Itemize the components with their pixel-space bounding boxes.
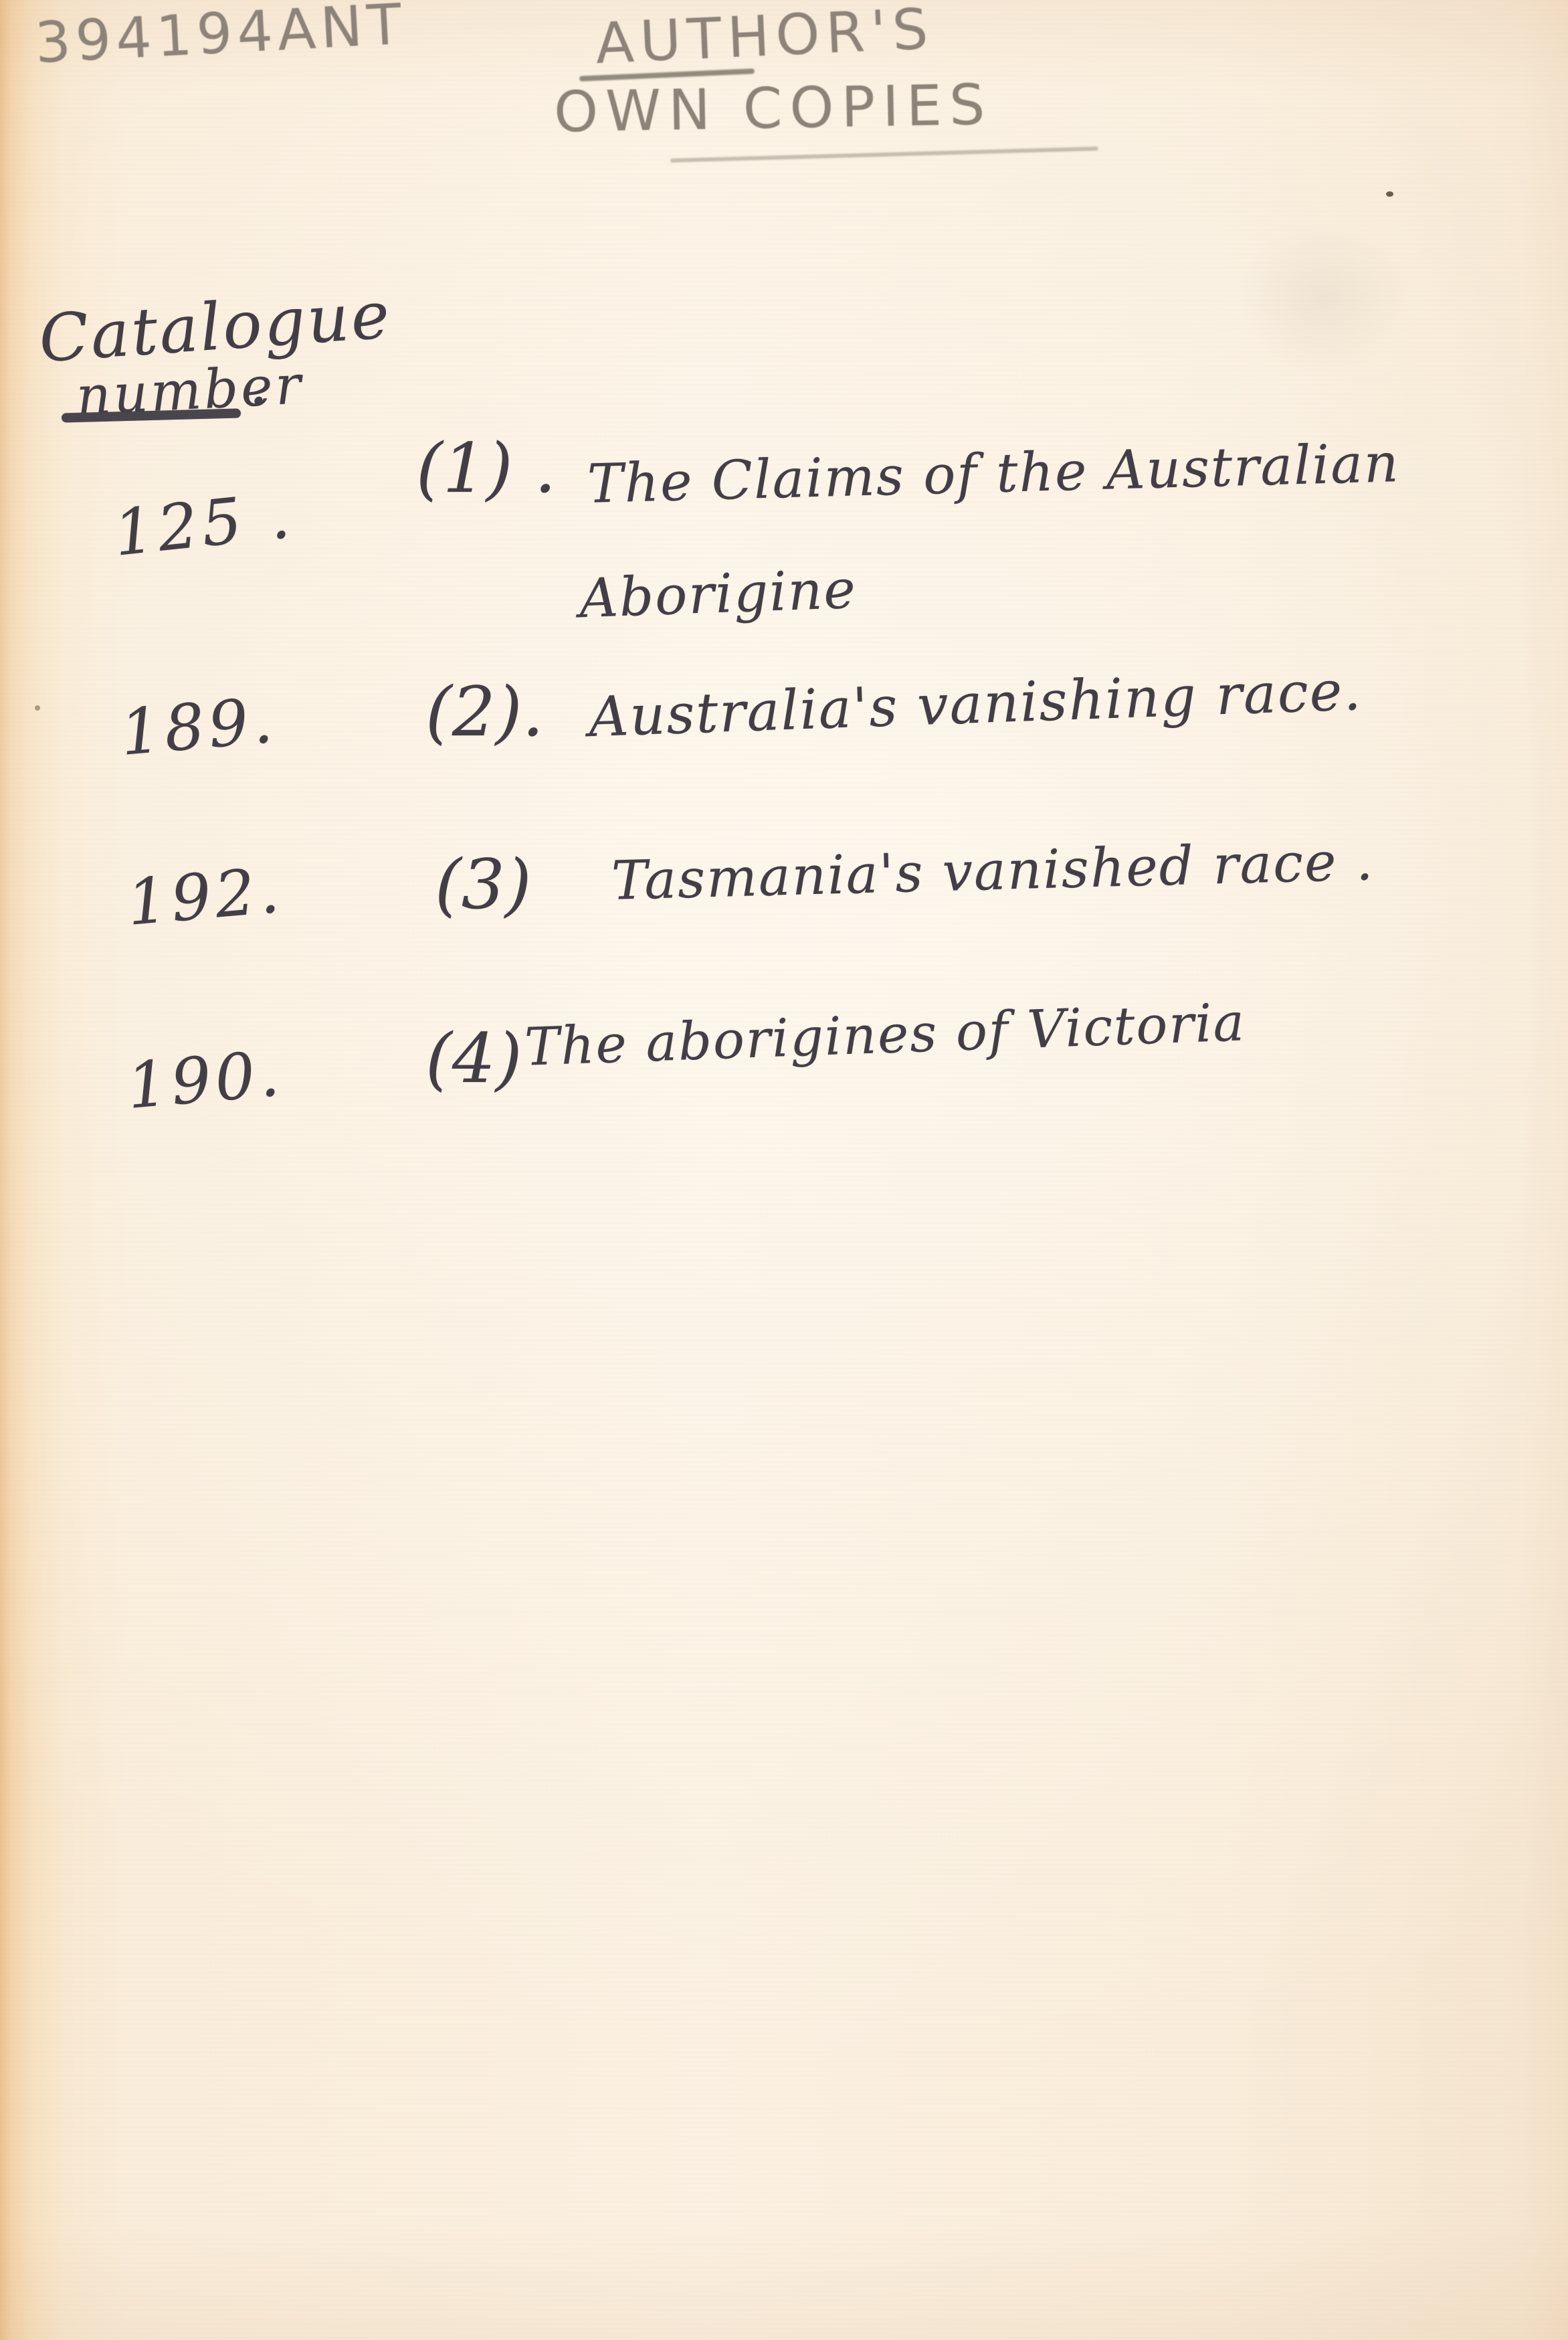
item-title-line1: Australia's vanishing race.	[588, 664, 1363, 745]
authors-note-underline-2	[670, 147, 1098, 163]
item-title-line1: Tasmania's vanished race .	[611, 834, 1375, 908]
item-title-line2: Aborigine	[579, 563, 858, 626]
catalogue-number: 189.	[118, 689, 279, 766]
catalogue-number: 125 .	[111, 484, 297, 566]
item-number: (3)	[435, 851, 531, 919]
erased-pencil-smudge	[1238, 221, 1411, 375]
item-title-line1: The aborigines of Victoria	[524, 996, 1246, 1074]
shelf-mark-pencil: 394194ANT	[33, 0, 407, 71]
authors-note-line2: OWN COPIES	[553, 76, 993, 140]
item-number: (4)	[425, 1025, 522, 1093]
item-title-line1: The Claims of the Australian	[587, 436, 1400, 511]
paper-speck	[1386, 191, 1393, 197]
item-number: (2).	[425, 679, 544, 747]
catalogue-number: 192.	[124, 859, 286, 935]
manuscript-page: 394194ANT AUTHOR'S OWN COPIES Catalogue …	[0, 0, 1568, 2340]
authors-note-line1: AUTHOR'S	[594, 1, 935, 72]
catalogue-heading-period: .	[249, 353, 268, 414]
item-number: (1) .	[416, 435, 556, 503]
paper-speck	[35, 705, 40, 711]
catalogue-number: 190.	[124, 1043, 286, 1119]
